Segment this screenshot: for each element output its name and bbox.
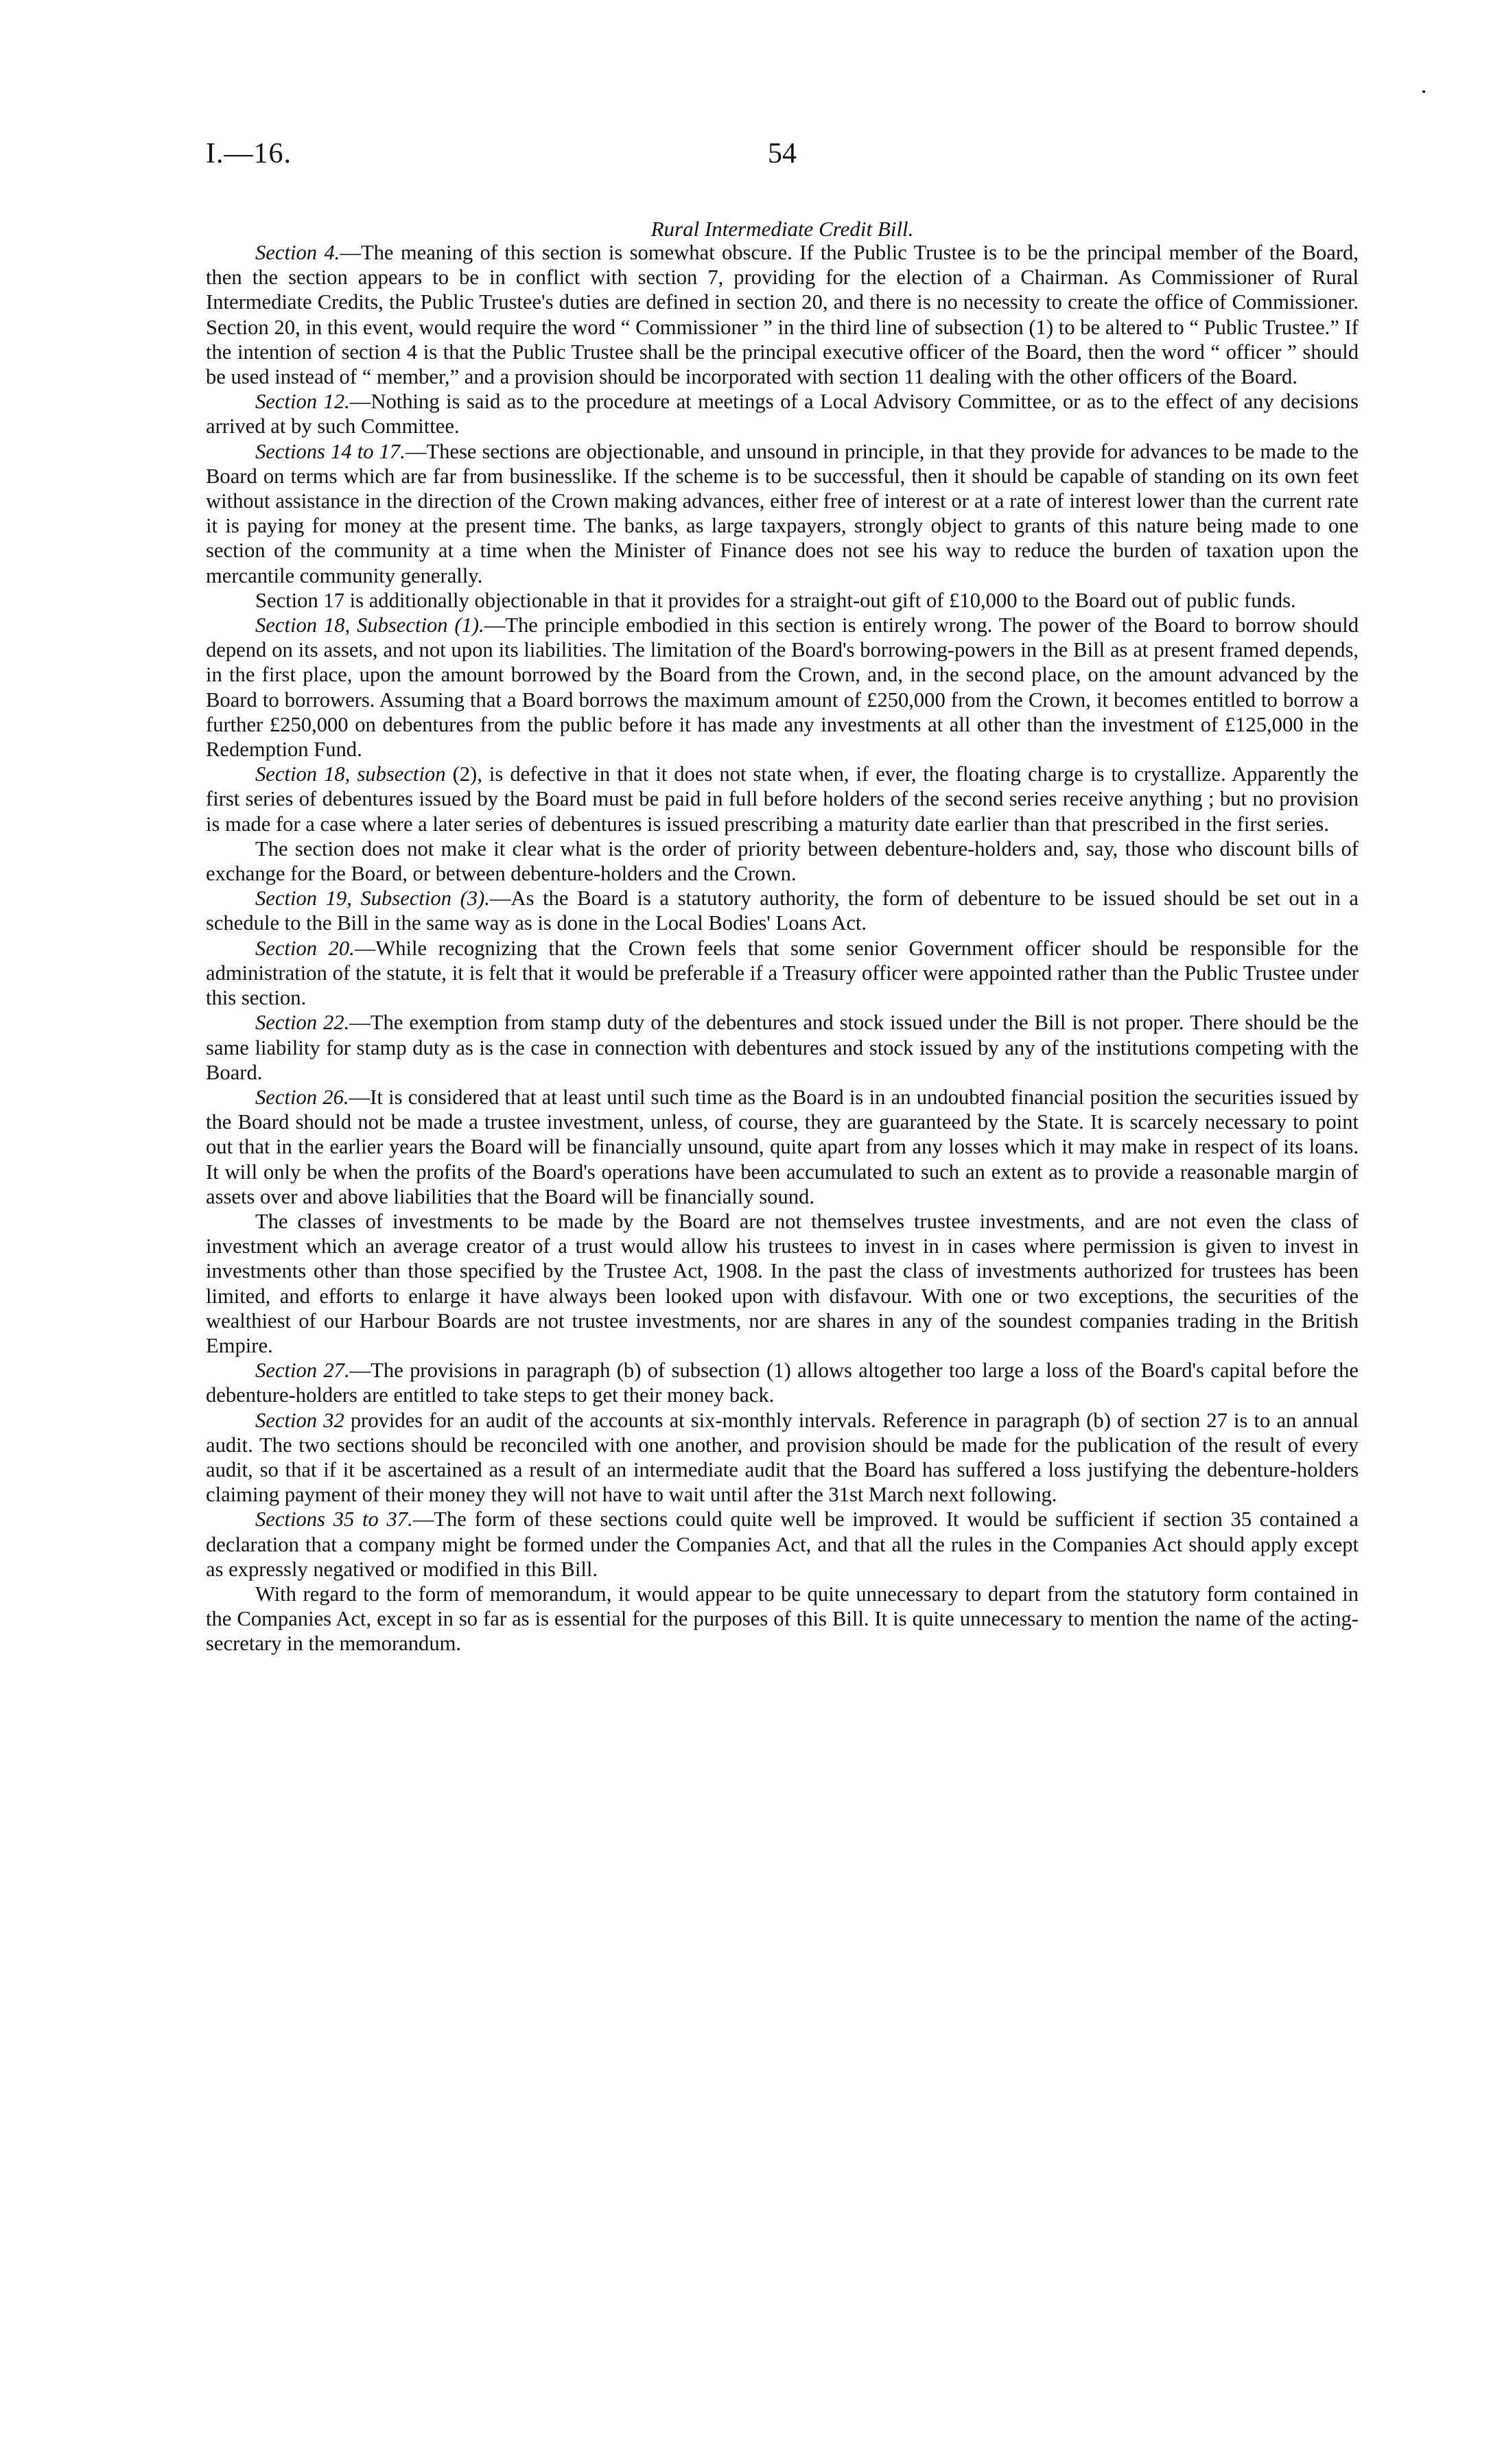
document-title: Rural Intermediate Credit Bill. [206,217,1359,242]
paragraph-section-26: Section 26.—It is considered that at lea… [206,1085,1359,1209]
paragraph-text: provides for an audit of the accounts at… [206,1409,1359,1507]
paragraph-priority: The section does not make it clear what … [206,836,1359,886]
paragraph-lead: Sections 14 to 17. [255,440,406,463]
paragraph-section-4: Section 4.—The meaning of this section i… [206,240,1359,389]
document-body: Section 4.—The meaning of this section i… [206,240,1359,1656]
paragraph-section-17: Section 17 is additionally objectionable… [206,588,1359,613]
page-number: 54 [206,137,1359,170]
paragraph-text: —The provisions in paragraph (b) of subs… [206,1359,1359,1407]
paragraph-lead: Section 32 [255,1409,344,1432]
paragraph-lead: Section 26. [255,1086,349,1109]
paragraph-text: —Nothing is said as to the procedure at … [206,390,1359,438]
paragraph-section-22: Section 22.—The exemption from stamp dut… [206,1010,1359,1085]
paragraph-lead: Section 19, Subsection (3). [255,887,490,910]
page-header: I.—16. 54 [206,137,1359,178]
paragraph-text: —While recognizing that the Crown feels … [206,937,1359,1009]
paragraph-lead: Section 20. [255,937,355,960]
paragraph-text: Section 17 is additionally objectionable… [255,589,1296,612]
paragraph-lead: Section 12. [255,390,350,413]
paragraph-investment-classes: The classes of investments to be made by… [206,1209,1359,1358]
paragraph-section-19-3: Section 19, Subsection (3).—As the Board… [206,886,1359,935]
paragraph-memorandum: With regard to the form of memorandum, i… [206,1582,1359,1656]
paragraph-section-18-1: Section 18, Subsection (1).—The principl… [206,613,1359,762]
paragraph-text: —The meaning of this section is somewhat… [206,241,1359,388]
paragraph-text: The section does not make it clear what … [206,837,1359,885]
paragraph-section-32: Section 32 provides for an audit of the … [206,1408,1359,1507]
paragraph-section-27: Section 27.—The provisions in paragraph … [206,1358,1359,1407]
paragraph-text: —It is considered that at least until su… [206,1086,1359,1208]
paragraph-text: —The exemption from stamp duty of the de… [206,1011,1359,1083]
paragraph-lead: Section 18, Subsection (1). [255,613,484,637]
paragraph-lead: Section 18, subsection [255,762,446,786]
paragraph-section-18-2: Section 18, subsection (2), is defective… [206,762,1359,836]
paragraph-sections-14-17: Sections 14 to 17.—These sections are ob… [206,439,1359,588]
paragraph-text: The classes of investments to be made by… [206,1210,1359,1357]
paragraph-section-20: Section 20.—While recognizing that the C… [206,936,1359,1011]
paragraph-sections-35-37: Sections 35 to 37.—The form of these sec… [206,1507,1359,1582]
paragraph-lead: Section 4. [255,241,340,264]
scan-speck [1422,91,1425,93]
paragraph-lead: Sections 35 to 37. [255,1507,413,1531]
paragraph-section-12: Section 12.—Nothing is said as to the pr… [206,389,1359,438]
paragraph-lead: Section 27. [255,1359,350,1382]
paragraph-text: With regard to the form of memorandum, i… [206,1582,1359,1655]
paragraph-lead: Section 22. [255,1011,349,1034]
